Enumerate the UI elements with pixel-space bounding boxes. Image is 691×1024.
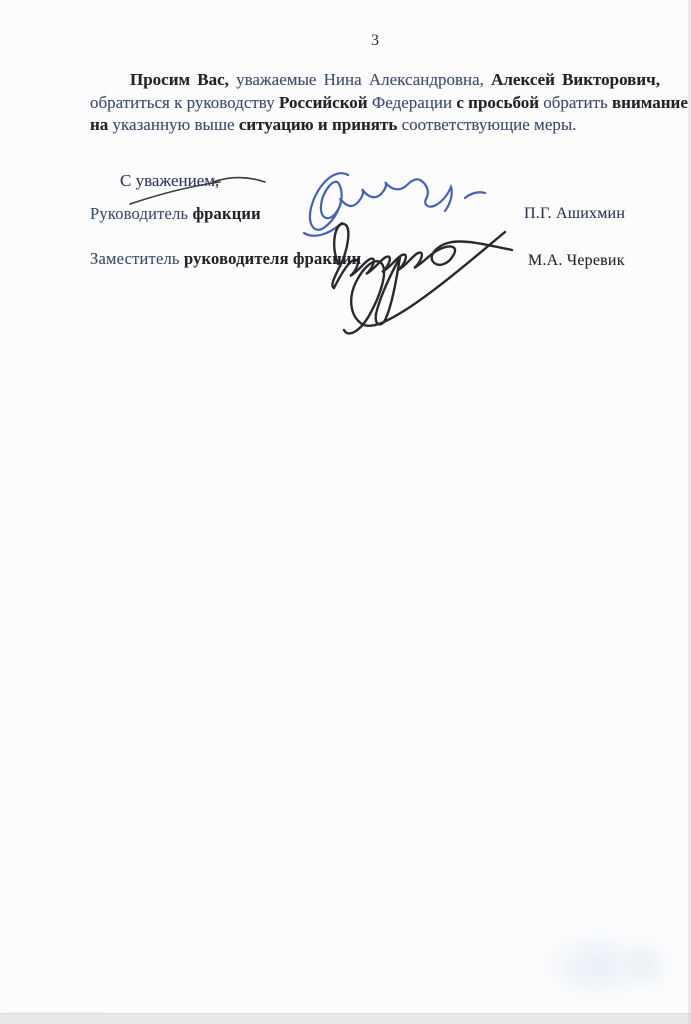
paragraph-line: на указанную выше ситуацию и принять соо…	[90, 114, 660, 137]
page-number: 3	[90, 32, 660, 50]
body-paragraph: Просим Вас, уважаемые Нина Александровна…	[90, 69, 660, 137]
signature-cherevik-black-ink	[298, 210, 528, 340]
paragraph-line: обратиться к руководству Российской Феде…	[90, 92, 660, 115]
scanned-letter-page: 3 Просим Вас, уважаемые Нина Александров…	[0, 0, 691, 1024]
scan-smudge	[620, 935, 675, 995]
scan-edge-strip	[0, 1013, 691, 1024]
signatory-title-head: Руководитель фракции	[90, 204, 261, 224]
signatory-name-cherevik: М.А. Черевик	[528, 252, 625, 270]
signatory-name-ashihmin: П.Г. Ашихмин	[524, 205, 625, 223]
paragraph-line: Просим Вас, уважаемые Нина Александровна…	[90, 69, 660, 92]
